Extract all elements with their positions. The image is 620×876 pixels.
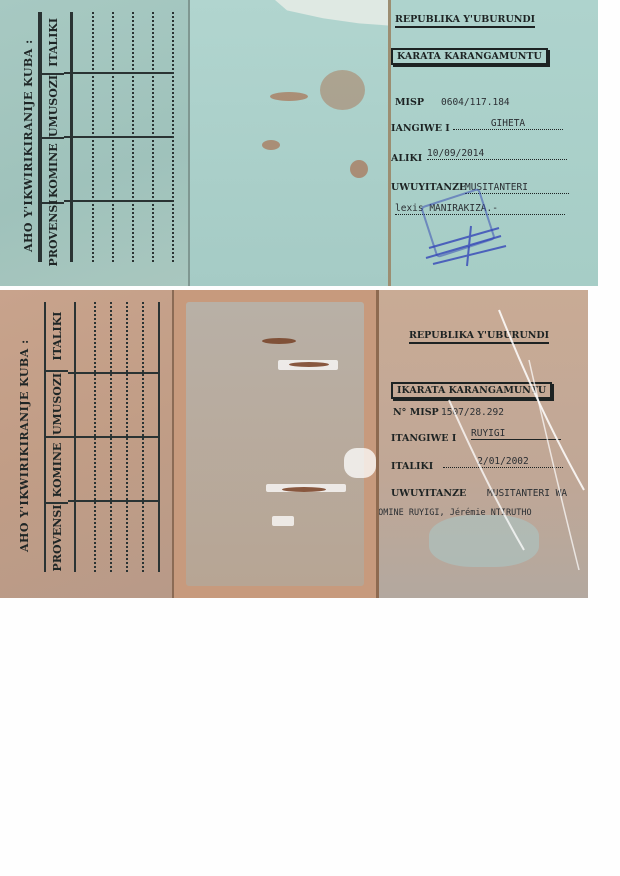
column-provensi: PROVENSI xyxy=(46,502,68,572)
column-umusozi: UMUSOZI xyxy=(46,370,68,436)
card1-id-page: REPUBLIKA Y'UBURUNDI KARATA KARANGAMUNTU… xyxy=(391,0,598,286)
registration-table-header: PROVENSI KOMINE UMUSOZI ITALIKI xyxy=(46,302,68,572)
column-komine: KOMINE xyxy=(46,436,68,502)
glare xyxy=(344,448,376,478)
table-column-line xyxy=(68,500,160,502)
plastic-glare xyxy=(379,290,588,598)
rust-stain xyxy=(270,92,308,101)
card2-id-page: REPUBLIKA Y'UBURUNDI IKARATA KARANGAMUNT… xyxy=(379,290,588,598)
rust-stain xyxy=(320,70,365,110)
card2-blank-panel xyxy=(174,290,379,598)
table-column-line xyxy=(68,372,160,374)
id-card-1: AHO Y'IKWIRIKIRANIJE KUBA : PROVENSI KOM… xyxy=(0,0,598,286)
glare xyxy=(272,516,294,526)
column-provensi: PROVENSI xyxy=(42,202,64,262)
faded-photo-area xyxy=(186,302,364,586)
staple-mark xyxy=(262,338,296,344)
table-column-line xyxy=(64,200,174,202)
card1-registration-table-panel: AHO Y'IKWIRIKIRANIJE KUBA : PROVENSI KOM… xyxy=(0,0,190,286)
table-column-line xyxy=(64,72,174,74)
id-card-2: AHO Y'IKWIRIKIRANIJE KUBA : PROVENSI KOM… xyxy=(0,290,588,598)
rust-stain xyxy=(350,160,368,178)
registration-table: PROVENSI KOMINE UMUSOZI ITALIKI xyxy=(44,302,68,572)
date-label: ALIKI xyxy=(391,153,422,164)
table-column-line xyxy=(64,136,174,138)
misp-label: MISP xyxy=(395,97,424,108)
registration-table-header: PROVENSI KOMINE UMUSOZI ITALIKI xyxy=(42,12,64,262)
registration-table-title: AHO Y'IKWIRIKIRANIJE KUBA : xyxy=(22,39,35,252)
country-header: REPUBLIKA Y'UBURUNDI xyxy=(395,14,535,28)
card-title: KARATA KARANGAMUNTU xyxy=(391,48,548,65)
rust-stain xyxy=(262,140,280,150)
date-value: 10/09/2014 xyxy=(427,148,567,160)
issuer-label: UWUYITANZE xyxy=(391,182,466,193)
registration-table-title: AHO Y'IKWIRIKIRANIJE KUBA : xyxy=(18,339,31,552)
issued-at-label: IANGIWE I xyxy=(391,123,450,134)
card1-blank-panel xyxy=(190,0,391,286)
card2-registration-table-panel: AHO Y'IKWIRIKIRANIJE KUBA : PROVENSI KOM… xyxy=(0,290,174,598)
staple-mark xyxy=(282,487,326,492)
table-column-line xyxy=(68,436,160,438)
issued-at-value: GIHETA xyxy=(453,118,563,130)
column-italiki: ITALIKI xyxy=(46,302,68,370)
staple-mark xyxy=(289,362,329,367)
signature-icon xyxy=(421,218,511,268)
torn-corner xyxy=(275,0,391,26)
registration-table: PROVENSI KOMINE UMUSOZI ITALIKI xyxy=(38,12,64,262)
column-italiki: ITALIKI xyxy=(42,12,64,73)
column-komine: KOMINE xyxy=(42,137,64,202)
column-umusozi: UMUSOZI xyxy=(42,73,64,138)
misp-value: 0604/117.184 xyxy=(441,97,510,108)
